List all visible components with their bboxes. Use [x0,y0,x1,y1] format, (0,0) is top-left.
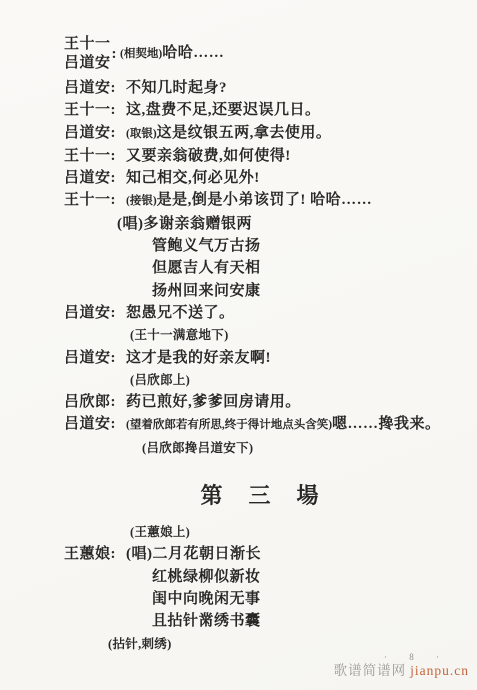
watermark-site-url: jianpu.cn [410,663,469,678]
dialogue-text: (望着欣郎若有所思,终于得计地点头含笑)嗯……搀我来。 [126,413,471,436]
inline-stage-direction: (接银) [126,195,157,207]
watermark-site-name: 歌谱简谱网 [334,663,407,678]
speaker-name: 吕道安: [64,413,126,435]
inline-stage-direction: (相契地) [120,48,162,60]
dialogue-line: 吕道安:不知几时起身? [64,77,471,99]
scene-title: 第 三 場 [64,481,457,511]
dialogue-line: 吕道安:知己相交,何必见外! [64,167,471,189]
verse-line: 但愿吉人有天相 [64,257,471,279]
verse-line: 闺中向晚闲无事 [64,588,471,610]
script-body: 王十一吕道安:(相契地)哈哈……吕道安:不知几时起身?王十一:这,盘费不足,还要… [64,35,471,655]
speaker-name: 吕道安 [64,54,111,73]
dialogue-line: 吕道安:这才是我的好亲友啊! [64,347,471,369]
speaker-name: 王十一: [64,99,126,121]
verse-line: 扬州回来问安康 [64,280,471,302]
speaker-name: 吕道安: [64,77,126,99]
dialogue-text: (接银)是是,倒是小弟该罚了! 哈哈…… [126,189,471,212]
stage-direction: (吕欣郎上) [64,369,471,391]
speaker-name: 吕道安: [64,167,126,189]
dialogue-line: 王蕙娘:(唱)二月花朝日渐长 [64,543,471,565]
stage-direction: (王蕙娘上) [64,521,471,543]
speaker-name: 王十一 [64,35,111,54]
dialogue-line: 王十一吕道安:(相契地)哈哈…… [64,35,471,73]
speaker-name: 吕道安: [64,122,126,144]
verse-line: 且拈针黹绣书囊 [64,610,471,632]
dialogue-text: (相契地)哈哈…… [120,42,471,65]
dialogue-line: 吕道安:(望着欣郎若有所思,终于得计地点头含笑)嗯……搀我来。 [64,413,471,436]
verse-line: (唱)多谢亲翁赠银两 [64,213,471,235]
verse-line: 红桃绿柳似新妆 [64,566,471,588]
speaker-name: 王蕙娘: [64,543,126,565]
inline-stage-direction: (取银) [126,128,157,140]
speaker-colon: : [112,43,118,65]
speaker-name: 吕欣郎: [64,391,126,413]
verse-line: 管鲍义气万古扬 [64,235,471,257]
dialogue-text: 恕愚兄不送了。 [126,302,471,324]
speaker-name: 王十一: [64,145,126,167]
dialogue-line: 吕欣郎:药已煎好,爹爹回房请用。 [64,391,471,413]
dialogue-text: 不知几时起身? [126,77,471,99]
dialogue-line: 吕道安:(取银)这是纹银五两,拿去使用。 [64,122,471,145]
speaker-name-stack: 王十一吕道安 [64,35,111,73]
dialogue-text: (唱)二月花朝日渐长 [126,543,471,565]
dialogue-line: 吕道安:恕愚兄不送了。 [64,302,471,324]
inline-stage-direction: (望着欣郎若有所思,终于得计地点头含笑) [126,419,332,431]
dialogue-text: 这才是我的好亲友啊! [126,347,471,369]
stage-direction: (王十一满意地下) [64,324,471,346]
speaker-name: 吕道安: [64,302,126,324]
dialogue-text: (取银)这是纹银五两,拿去使用。 [126,122,471,145]
dialogue-line: 王十一:又要亲翁破费,如何使得! [64,145,471,167]
dialogue-text: 这,盘费不足,还要迟误几日。 [126,99,471,121]
speaker-name: 吕道安: [64,347,126,369]
dialogue-text: 药已煎好,爹爹回房请用。 [126,391,471,413]
dialogue-line: 王十一:这,盘费不足,还要迟误几日。 [64,99,471,121]
watermark: 歌谱简谱网jianpu.cn [334,659,469,679]
dialogue-text: 又要亲翁破费,如何使得! [126,145,471,167]
script-page: 王十一吕道安:(相契地)哈哈……吕道安:不知几时起身?王十一:这,盘费不足,还要… [0,0,477,690]
speaker-name: 王十一: [64,189,126,211]
dialogue-line: 王十一:(接银)是是,倒是小弟该罚了! 哈哈…… [64,189,471,212]
stage-direction: (吕欣郎搀吕道安下) [64,437,471,459]
dialogue-text: 知己相交,何必见外! [126,167,471,189]
